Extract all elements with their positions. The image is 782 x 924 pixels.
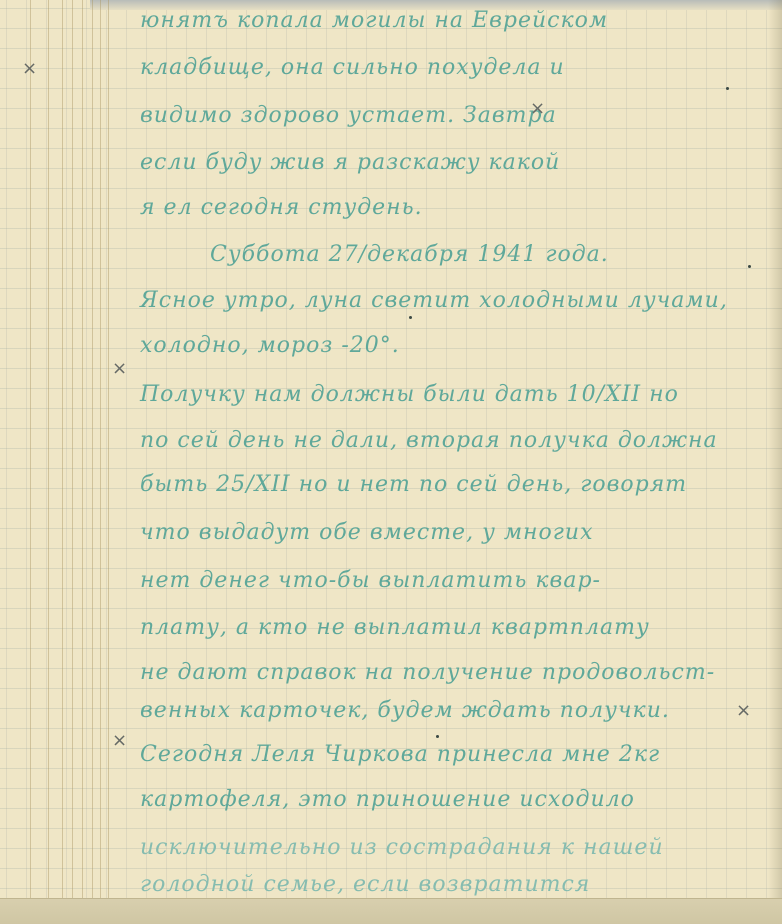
- ink-speck: [436, 735, 439, 738]
- diary-line: юнятъ копала могилы на Еврейском: [140, 8, 608, 33]
- diary-line: видимо здорово устает. Завтра: [140, 103, 557, 128]
- ink-speck: [726, 87, 729, 90]
- diary-line: не дают справок на получение продовольст…: [140, 660, 715, 685]
- margin-cross-mark: ×: [112, 730, 127, 751]
- diary-line: плату, а кто не выплатил квартплату: [140, 615, 650, 640]
- page-stack-edge: [82, 0, 83, 900]
- ink-speck: [409, 316, 412, 319]
- notebook-page: юнятъ копала могилы на Еврейском кладбищ…: [0, 0, 782, 924]
- diary-line: картофеля, это приношение исходило: [140, 787, 635, 812]
- diary-line: исключительно из сострадания к нашей: [140, 835, 664, 860]
- margin-cross-mark: ×: [112, 358, 127, 379]
- diary-line: холодно, мороз -20°.: [140, 333, 400, 358]
- diary-line: по сей день не дали, вторая получка долж…: [140, 428, 718, 453]
- diary-date-heading: Суббота 27/декабря 1941 года.: [210, 242, 609, 267]
- margin-cross-mark: ×: [530, 98, 545, 119]
- page-stack-edge: [48, 0, 49, 900]
- diary-line: нет денег что-бы выплатить квар-: [140, 568, 601, 593]
- diary-line: быть 25/XII но и нет по сей день, говоря…: [140, 472, 687, 497]
- margin-cross-mark: ×: [736, 700, 751, 721]
- diary-line: Получку нам должны были дать 10/XII но: [140, 382, 679, 407]
- ink-speck: [748, 265, 751, 268]
- page-stack-edge: [72, 0, 73, 900]
- diary-line: кладбище, она сильно похудела и: [140, 55, 565, 80]
- diary-line: я ел сегодня студень.: [140, 195, 423, 220]
- diary-line: венных карточек, будем ждать получки.: [140, 698, 670, 723]
- diary-line: Ясное утро, луна светит холодными лучами…: [140, 288, 728, 313]
- diary-line: если буду жив я разскажу какой: [140, 150, 560, 175]
- diary-line: что выдадут обе вместе, у многих: [140, 520, 594, 545]
- page-bottom-edge: [0, 898, 782, 924]
- diary-line: голодной семье, если возвратится: [140, 872, 590, 897]
- margin-cross-mark: ×: [22, 58, 37, 79]
- page-stack-edge: [92, 0, 93, 900]
- page-right-shadow: [768, 0, 782, 924]
- diary-line: Сегодня Леля Чиркова принесла мне 2кг: [140, 742, 660, 767]
- page-stack-edge: [30, 0, 31, 900]
- page-stack-edge: [62, 0, 63, 900]
- page-stack-edge: [108, 0, 109, 900]
- page-stack-edge: [100, 0, 101, 900]
